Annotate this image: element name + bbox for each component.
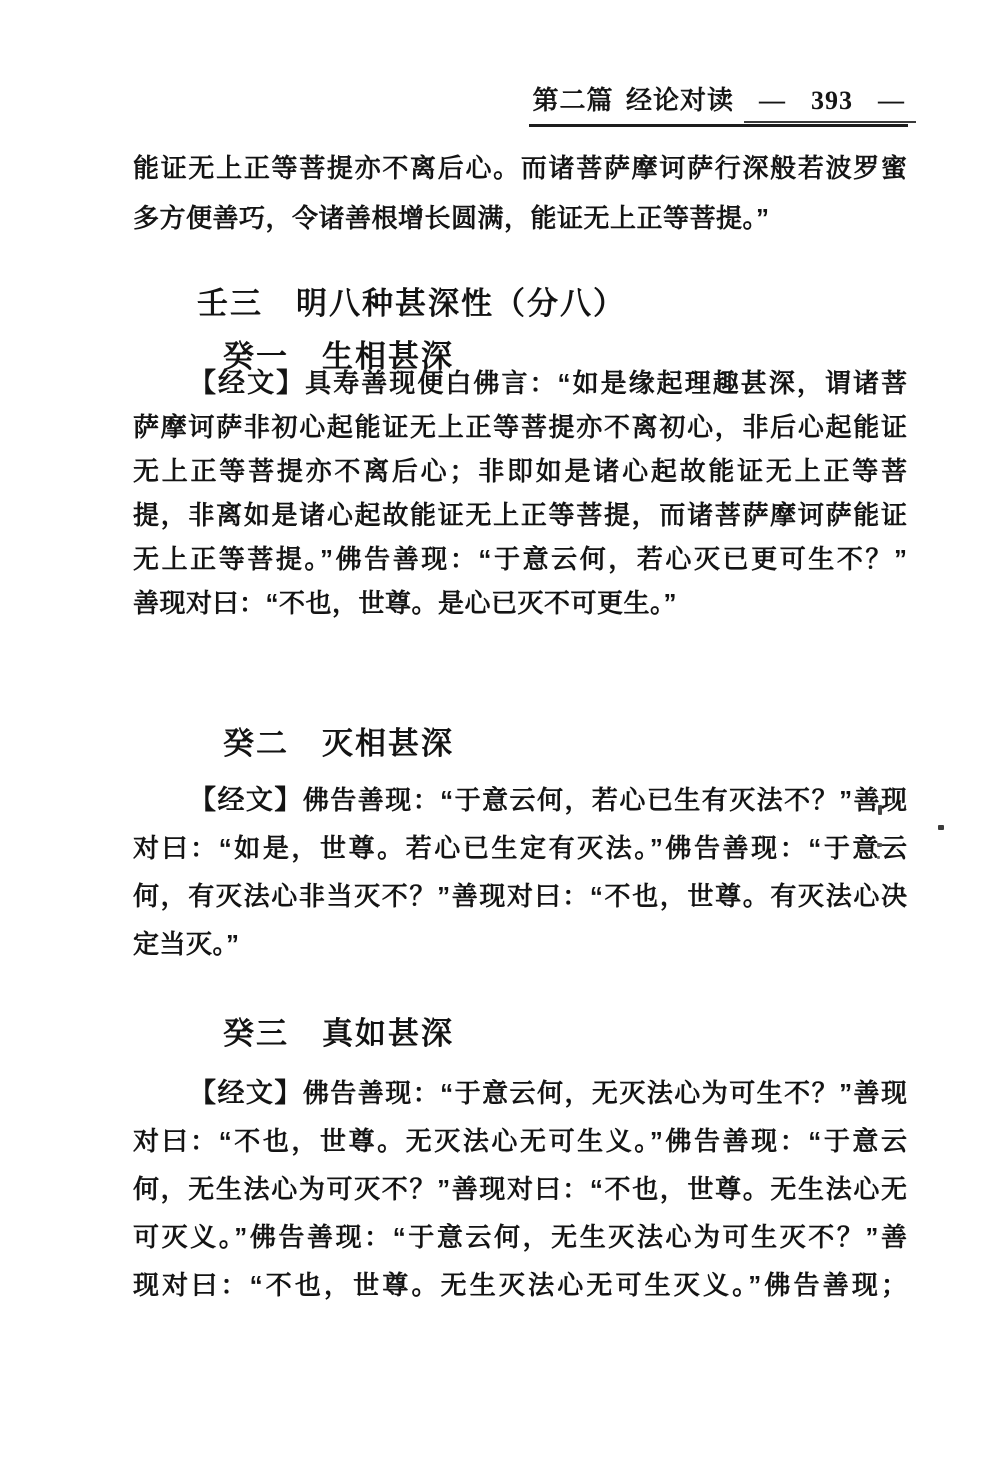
running-head: 第二篇 经论对读 — 393 — bbox=[529, 80, 908, 127]
text-line: 【经文】具寿善现便白佛言：“如是缘起理趣甚深，谓诸菩 bbox=[133, 361, 907, 405]
scan-speck bbox=[877, 843, 882, 847]
text-run: 佛告善现：“于意云何，无灭法心为可生不？”善现 bbox=[303, 1078, 907, 1108]
scripture-label: 【经文】 bbox=[189, 368, 305, 398]
text-line: 现对曰：“不也，世尊。无生灭法心无可生灭义。”佛告善现； bbox=[133, 1261, 907, 1309]
scan-speck bbox=[877, 856, 880, 859]
text-line: 何，有灭法心非当灭不？”善现对曰：“不也，世尊。有灭法心决 bbox=[133, 872, 907, 920]
scripture-paragraph-3: 【经文】佛告善现：“于意云何，无灭法心为可生不？”善现 对曰：“不也，世尊。无灭… bbox=[133, 1069, 907, 1309]
book-page: 第二篇 经论对读 — 393 — 能证无上正等菩提亦不离后心。而诸菩萨摩诃萨行深… bbox=[0, 0, 982, 1464]
scan-speck bbox=[938, 825, 944, 830]
scripture-paragraph-1: 【经文】具寿善现便白佛言：“如是缘起理趣甚深，谓诸菩 萨摩诃萨非初心起能证无上正… bbox=[133, 361, 907, 625]
text-run: 具寿善现便白佛言：“如是缘起理趣甚深，谓诸菩 bbox=[305, 368, 907, 398]
scripture-label: 【经文】 bbox=[189, 1078, 303, 1108]
heading-gui-3: 癸三 真如甚深 bbox=[133, 1016, 454, 1052]
text-line: 能证无上正等菩提亦不离后心。而诸菩萨摩诃萨行深般若波罗蜜 bbox=[133, 143, 907, 193]
text-line: 萨摩诃萨非初心起能证无上正等菩提亦不离初心，非后心起能证 bbox=[133, 405, 907, 449]
text-line: 【经文】佛告善现：“于意云何，无灭法心为可生不？”善现 bbox=[133, 1069, 907, 1117]
text-run: 佛告善现：“于意云何，若心已生有灭法不？”善现 bbox=[303, 785, 907, 815]
text-line: 对曰：“不也，世尊。无灭法心无可生义。”佛告善现：“于意云 bbox=[133, 1117, 907, 1165]
text-line: 定当灭。” bbox=[133, 920, 907, 968]
scripture-paragraph-2: 【经文】佛告善现：“于意云何，若心已生有灭法不？”善现 对曰：“如是，世尊。若心… bbox=[133, 776, 907, 968]
text-line: 善现对曰：“不也，世尊。是心已灭不可更生。” bbox=[133, 581, 907, 625]
scan-speck bbox=[878, 805, 882, 815]
text-line: 何，无生法心为可灭不？”善现对曰：“不也，世尊。无生法心无 bbox=[133, 1165, 907, 1213]
heading-ren-3: 壬三 明八种甚深性（分八） bbox=[133, 286, 626, 322]
text-line: 多方便善巧，令诸善根增长圆满，能证无上正等菩提。” bbox=[133, 193, 907, 243]
heading-gui-2: 癸二 灭相甚深 bbox=[133, 726, 454, 762]
scripture-label: 【经文】 bbox=[189, 785, 303, 815]
text-line: 对曰：“如是，世尊。若心已生定有灭法。”佛告善现：“于意云 bbox=[133, 824, 907, 872]
text-line: 无上正等菩提亦不离后心；非即如是诸心起故能证无上正等菩 bbox=[133, 449, 907, 493]
text-line: 【经文】佛告善现：“于意云何，若心已生有灭法不？”善现 bbox=[133, 776, 907, 824]
text-line: 提，非离如是诸心起故能证无上正等菩提，而诸菩萨摩诃萨能证 bbox=[133, 493, 907, 537]
text-line: 可灭义。”佛告善现：“于意云何，无生灭法心为可生灭不？”善 bbox=[133, 1213, 907, 1261]
paragraph-continuation: 能证无上正等菩提亦不离后心。而诸菩萨摩诃萨行深般若波罗蜜 多方便善巧，令诸善根增… bbox=[133, 143, 907, 243]
header-rule-artifact bbox=[744, 121, 916, 123]
text-line: 无上正等菩提。”佛告善现：“于意云何，若心灭已更可生不？” bbox=[133, 537, 907, 581]
